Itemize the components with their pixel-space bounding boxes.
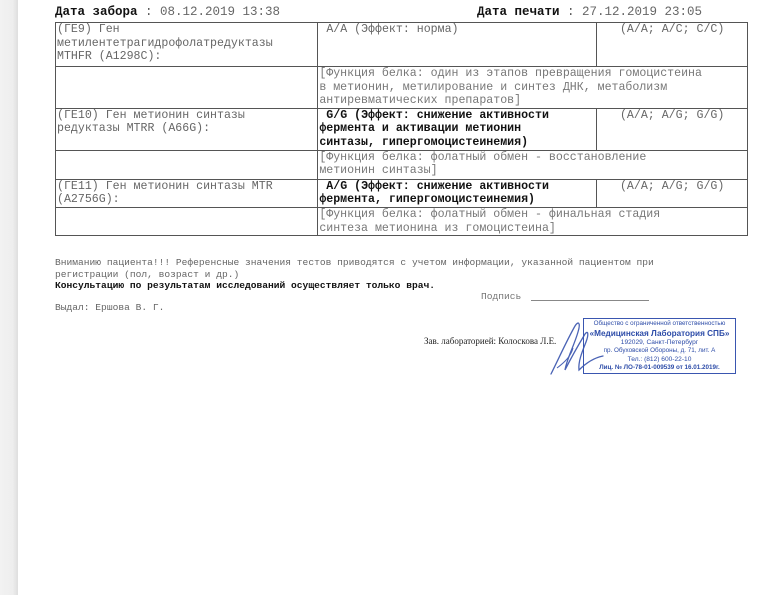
print-date: Дата печати : 27.12.2019 23:05 <box>477 5 702 19</box>
reference-values: (A/A; A/C; C/C) <box>597 23 748 67</box>
reference-warning: Вниманию пациента!!! Референсные значени… <box>55 257 715 280</box>
genotype-result: G/G (Эффект: снижение активности фермент… <box>318 108 597 150</box>
patient-notes: Вниманию пациента!!! Референсные значени… <box>55 257 715 292</box>
stamp-license: Лиц. № ЛО-78-01-009539 от 16.01.2019г. <box>584 364 735 373</box>
table-row: [Функция белка: фолатный обмен - финальн… <box>56 207 748 235</box>
stamp-lab-name: «Медицинская Лаборатория СПБ» <box>584 329 735 339</box>
results-table: (ГЕ9) Ген метилентетрагидрофолатредуктаз… <box>55 22 748 236</box>
gene-name: (ГЕ9) Ген метилентетрагидрофолатредуктаз… <box>56 23 318 67</box>
consultation-note: Консультацию по результатам исследований… <box>55 280 715 292</box>
gene-name: (ГЕ10) Ген метионин синтазы редуктазы MT… <box>56 108 318 150</box>
cut-off-header-line <box>55 0 235 2</box>
empty-cell <box>56 150 318 179</box>
reference-values: (A/A; A/G; G/G) <box>597 108 748 150</box>
protein-function: [Функция белка: фолатный обмен - восстан… <box>318 150 748 179</box>
issued-by: Выдал: Ершова В. Г. <box>55 302 164 313</box>
separator: : <box>560 5 583 19</box>
signature-line <box>531 300 649 301</box>
stamp-line: пр. Обуховской Обороны, д. 71, лит. А <box>584 347 735 356</box>
empty-cell <box>56 207 318 235</box>
table-row: (ГЕ11) Ген метионин синтазы MTR (A2756G)… <box>56 179 748 207</box>
stamp-line: 192029, Санкт-Петербург <box>584 339 735 348</box>
collection-date: Дата забора : 08.12.2019 13:38 <box>55 5 280 19</box>
stamp-line: Общество с ограниченной ответственностью <box>584 320 735 329</box>
stamp-line: Тел.: (812) 600-22-10 <box>584 356 735 365</box>
empty-cell <box>56 67 318 109</box>
gene-name: (ГЕ11) Ген метионин синтазы MTR (A2756G)… <box>56 179 318 207</box>
reference-values: (A/A; A/G; G/G) <box>597 179 748 207</box>
protein-function: [Функция белка: один из этапов превращен… <box>318 67 748 109</box>
table-row: [Функция белка: фолатный обмен - восстан… <box>56 150 748 179</box>
separator: : <box>138 5 161 19</box>
genotype-result: A/G (Эффект: снижение активности фермент… <box>318 179 597 207</box>
table-row: [Функция белка: один из этапов превращен… <box>56 67 748 109</box>
lab-stamp: Общество с ограниченной ответственностью… <box>583 318 736 374</box>
protein-function: [Функция белка: фолатный обмен - финальн… <box>318 207 748 235</box>
table-row: (ГЕ10) Ген метионин синтазы редуктазы MT… <box>56 108 748 150</box>
collection-date-value: 08.12.2019 13:38 <box>160 5 280 19</box>
print-date-value: 27.12.2019 23:05 <box>582 5 702 19</box>
head-of-lab: Зав. лабораторией: Колоскова Л.Е. <box>424 336 556 346</box>
page-edge-shadow <box>0 0 18 595</box>
genotype-result: A/A (Эффект: норма) <box>318 23 597 67</box>
collection-date-label: Дата забора <box>55 5 138 19</box>
print-date-label: Дата печати <box>477 5 560 19</box>
table-row: (ГЕ9) Ген метилентетрагидрофолатредуктаз… <box>56 23 748 67</box>
signature-label: Подпись <box>481 291 521 302</box>
